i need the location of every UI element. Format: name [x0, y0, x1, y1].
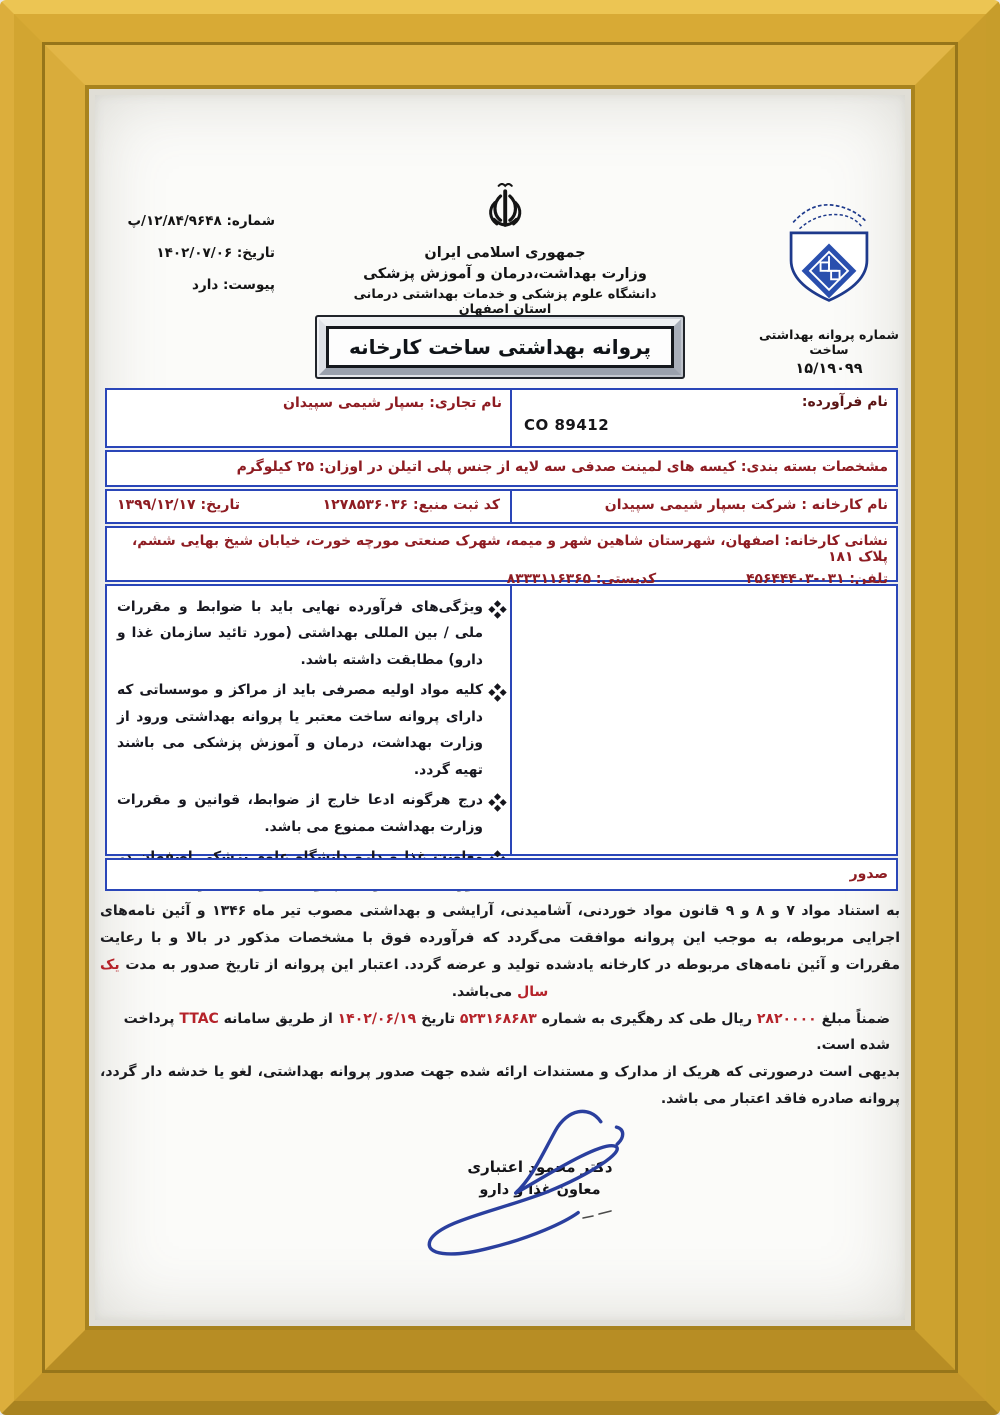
packaging-value: مشخصات بسته بندی: کیسه های لمینت صدفی سه… [237, 459, 888, 485]
product-code-value: CO 89412 [524, 416, 609, 434]
product-name-label: نام فرآورده: [802, 394, 888, 410]
university-title: دانشگاه علوم پزشکی و خدمات بهداشتی درمان… [343, 287, 667, 317]
payment-amount-highlight: ۲۸۲۰۰۰۰ [757, 1011, 817, 1027]
country-title: جمهوری اسلامی ایران [343, 245, 667, 261]
payment-text: از طریق سامانه [219, 1011, 338, 1027]
trade-name-cell: نام تجاری: بسپار شیمی سپیدان [107, 390, 510, 446]
signatory: دکتر محمود اعتباری معاون غذا و دارو [465, 1158, 615, 1198]
conditions-cell: ویژگی‌های فرآورده نهایی باید با ضوابط و … [107, 586, 510, 854]
iran-emblem-icon [481, 183, 529, 237]
registration-cell: کد ثبت منبع: ۱۲۷۸۵۳۶۰۳۶ تاریخ: ۱۳۹۹/۱۲/۱… [107, 491, 510, 522]
factory-name-cell: نام کارخانه : شرکت بسپار شیمی سپیدان [510, 491, 896, 522]
condition-text: کلیه مواد اولیه مصرفی باید از مراکز و مو… [117, 677, 483, 783]
isfahan-ums-shield-icon [775, 195, 883, 313]
payment-paragraph: ضمناً مبلغ ۲۸۲۰۰۰۰ ریال طی کد رهگیری به … [100, 1006, 900, 1060]
registration-code-value: کد ثبت منبع: ۱۲۷۸۵۳۶۰۳۶ [323, 497, 500, 522]
payment-text: ریال طی کد رهگیری به شماره [537, 1011, 757, 1027]
four-diamond-bullet-icon [488, 684, 506, 702]
table-row-factory: نام کارخانه : شرکت بسپار شیمی سپیدان کد … [105, 489, 898, 524]
license-number-caption: شماره پروانه بهداشتی ساخت [753, 327, 905, 357]
factory-address-value: نشانی کارخانه: اصفهان، شهرستان شاهین شهر… [115, 533, 888, 565]
ministry-title: وزارت بهداشت،درمان و آموزش پزشکی [343, 266, 667, 282]
factory-name-value: نام کارخانه : شرکت بسپار شیمی سپیدان [605, 497, 888, 513]
table-row-issuance: صدور [105, 858, 898, 891]
certificate-paper: شماره: ۱۲/۸۴/۹۶۴۸/پ تاریخ: ۱۴۰۲/۰۷/۰۶ پی… [95, 95, 905, 1320]
condition-text: ویژگی‌های فرآورده نهایی باید با ضوابط و … [117, 594, 483, 673]
document-date: تاریخ: ۱۴۰۲/۰۷/۰۶ [105, 245, 275, 261]
signature-block: دکتر محمود اعتباری معاون غذا و دارو [375, 1100, 675, 1270]
legal-paragraph-1: به استناد مواد ۷ و ۸ و ۹ قانون مواد خورد… [100, 898, 900, 1006]
payment-date-highlight: ۱۴۰۲/۰۶/۱۹ [338, 1011, 417, 1027]
condition-item: کلیه مواد اولیه مصرفی باید از مراکز و مو… [117, 677, 504, 783]
certificate-title-box: پروانه بهداشتی ساخت کارخانه [315, 315, 685, 379]
trade-name-value: نام تجاری: بسپار شیمی سپیدان [283, 395, 502, 411]
product-cell: نام فرآورده: CO 89412 [510, 390, 896, 446]
issuance-label: صدور [850, 866, 888, 889]
letterhead: جمهوری اسلامی ایران وزارت بهداشت،درمان و… [343, 183, 667, 317]
table-row-product: نام فرآورده: CO 89412 نام تجاری: بسپار ش… [105, 388, 898, 448]
signatory-name: دکتر محمود اعتباری [465, 1158, 615, 1176]
framed-certificate: شماره: ۱۲/۸۴/۹۶۴۸/پ تاریخ: ۱۴۰۲/۰۷/۰۶ پی… [0, 0, 1000, 1415]
four-diamond-bullet-icon [488, 600, 506, 618]
registration-date-value: تاریخ: ۱۳۹۹/۱۲/۱۷ [117, 497, 240, 522]
title-box-bevel: پروانه بهداشتی ساخت کارخانه [319, 319, 681, 375]
condition-item: درج هرگونه ادعا خارج از ضوابط، قوانین و … [117, 787, 504, 840]
paper-mat: شماره: ۱۲/۸۴/۹۶۴۸/پ تاریخ: ۱۴۰۲/۰۷/۰۶ پی… [89, 89, 911, 1326]
table-row-conditions: ویژگی‌های فرآورده نهایی باید با ضوابط و … [105, 584, 898, 856]
legal-text: می‌باشد. [452, 984, 517, 1000]
condition-text: درج هرگونه ادعا خارج از ضوابط، قوانین و … [117, 787, 483, 840]
document-attachment: پیوست: دارد [105, 277, 275, 293]
legal-text-block: به استناد مواد ۷ و ۸ و ۹ قانون مواد خورد… [100, 898, 900, 1113]
document-number: شماره: ۱۲/۸۴/۹۶۴۸/پ [105, 213, 275, 229]
stamp-area-cell [510, 586, 896, 854]
table-row-address: نشانی کارخانه: اصفهان، شهرستان شاهین شهر… [105, 526, 898, 582]
condition-item: ویژگی‌های فرآورده نهایی باید با ضوابط و … [117, 594, 504, 673]
payment-text: تاریخ [416, 1011, 460, 1027]
four-diamond-bullet-icon [488, 794, 506, 812]
table-row-packaging: مشخصات بسته بندی: کیسه های لمینت صدفی سه… [105, 450, 898, 487]
tracking-code-highlight: ۵۲۳۱۶۸۶۸۳ [460, 1011, 537, 1027]
license-number-badge: شماره پروانه بهداشتی ساخت ۱۵/۱۹۰۹۹ [753, 195, 905, 377]
legal-text: به استناد مواد ۷ و ۸ و ۹ قانون مواد خورد… [100, 903, 900, 973]
license-number-value: ۱۵/۱۹۰۹۹ [753, 361, 905, 377]
license-table: نام فرآورده: CO 89412 نام تجاری: بسپار ش… [105, 388, 898, 893]
payment-text: ضمناً مبلغ [817, 1011, 890, 1027]
certificate-title: پروانه بهداشتی ساخت کارخانه [326, 326, 674, 368]
document-meta: شماره: ۱۲/۸۴/۹۶۴۸/پ تاریخ: ۱۴۰۲/۰۷/۰۶ پی… [105, 213, 275, 309]
ttac-system-highlight: TTAC [179, 1011, 218, 1027]
signatory-role: معاون غذا و دارو [465, 1182, 615, 1198]
